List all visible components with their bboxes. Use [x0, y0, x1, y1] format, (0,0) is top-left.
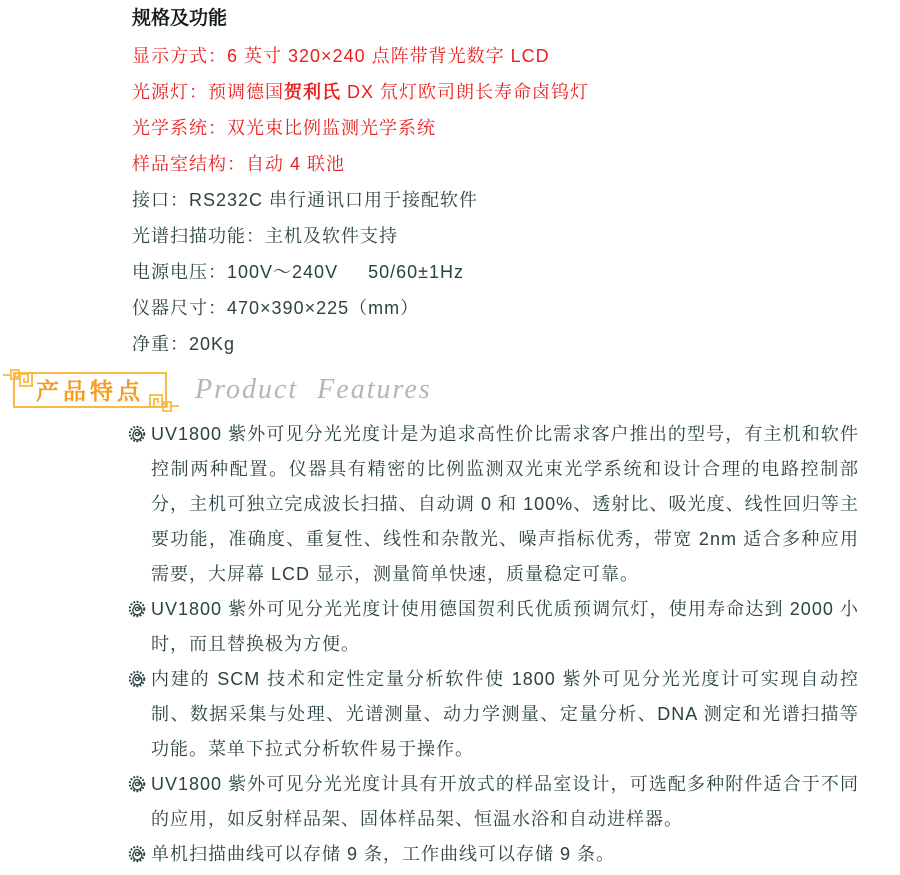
swirl-bullet-icon [128, 670, 151, 688]
product-spec-page: 规格及功能 显示方式：6 英寸 320×240 点阵带背光数字 LCD 光源灯：… [0, 0, 900, 875]
spec-line-dimensions: 仪器尺寸：470×390×225（mm） [132, 290, 852, 326]
banner-box: 产品特点 [13, 372, 167, 408]
spec-line-lamp-post: DX 氘灯欧司朗长寿命卤钨灯 [341, 82, 589, 102]
feature-item: 单机扫描曲线可以存储 9 条，工作曲线可以存储 9 条。 [128, 837, 859, 872]
swirl-bullet-icon [128, 425, 151, 443]
specs-section: 规格及功能 显示方式：6 英寸 320×240 点阵带背光数字 LCD 光源灯：… [132, 4, 852, 362]
feature-item: UV1800 紫外可见分光光度计具有开放式的样品室设计，可选配多种附件适合于不同… [128, 767, 859, 837]
swirl-bullet-icon [128, 845, 151, 863]
spec-line-optics: 光学系统：双光束比例监测光学系统 [132, 110, 852, 146]
product-features-banner: 产品特点 Product Features [13, 372, 432, 408]
feature-item: UV1800 紫外可见分光光度计是为追求高性价比需求客户推出的型号，有主机和软件… [128, 417, 859, 592]
feature-text: 单机扫描曲线可以存储 9 条，工作曲线可以存储 9 条。 [151, 837, 859, 872]
feature-text: UV1800 紫外可见分光光度计具有开放式的样品室设计，可选配多种附件适合于不同… [151, 767, 859, 837]
feature-text: UV1800 紫外可见分光光度计是为追求高性价比需求客户推出的型号，有主机和软件… [151, 417, 859, 592]
spec-line-display: 显示方式：6 英寸 320×240 点阵带背光数字 LCD [132, 38, 852, 74]
spec-line-lamp-pre: 光源灯：预调德国 [132, 82, 284, 102]
banner-title: 产品特点 [36, 373, 144, 406]
spec-line-interface: 接口：RS232C 串行通讯口用于接配软件 [132, 182, 852, 218]
spec-line-lamp-brand: 贺利氏 [284, 82, 341, 102]
specs-heading: 规格及功能 [132, 4, 852, 38]
feature-text: 内建的 SCM 技术和定性定量分析软件使 1800 紫外可见分光光度计可实现自动… [151, 662, 859, 767]
spec-line-lamp: 光源灯：预调德国贺利氏 DX 氘灯欧司朗长寿命卤钨灯 [132, 74, 852, 110]
spec-line-weight: 净重：20Kg [132, 326, 852, 362]
banner-subtitle-en: Product Features [195, 374, 432, 406]
features-list: UV1800 紫外可见分光光度计是为追求高性价比需求客户推出的型号，有主机和软件… [128, 417, 859, 872]
swirl-bullet-icon [128, 775, 151, 793]
feature-item: 内建的 SCM 技术和定性定量分析软件使 1800 紫外可见分光光度计可实现自动… [128, 662, 859, 767]
swirl-bullet-icon [128, 600, 151, 618]
spec-line-scan-function: 光谱扫描功能：主机及软件支持 [132, 218, 852, 254]
feature-item: UV1800 紫外可见分光光度计使用德国贺利氏优质预调氘灯，使用寿命达到 200… [128, 592, 859, 662]
spec-line-power: 电源电压：100V～240V 50/60±1Hz [132, 254, 852, 290]
meander-ornament-icon [3, 361, 33, 387]
spec-line-sample-chamber: 样品室结构：自动 4 联池 [132, 146, 852, 182]
feature-text: UV1800 紫外可见分光光度计使用德国贺利氏优质预调氘灯，使用寿命达到 200… [151, 592, 859, 662]
